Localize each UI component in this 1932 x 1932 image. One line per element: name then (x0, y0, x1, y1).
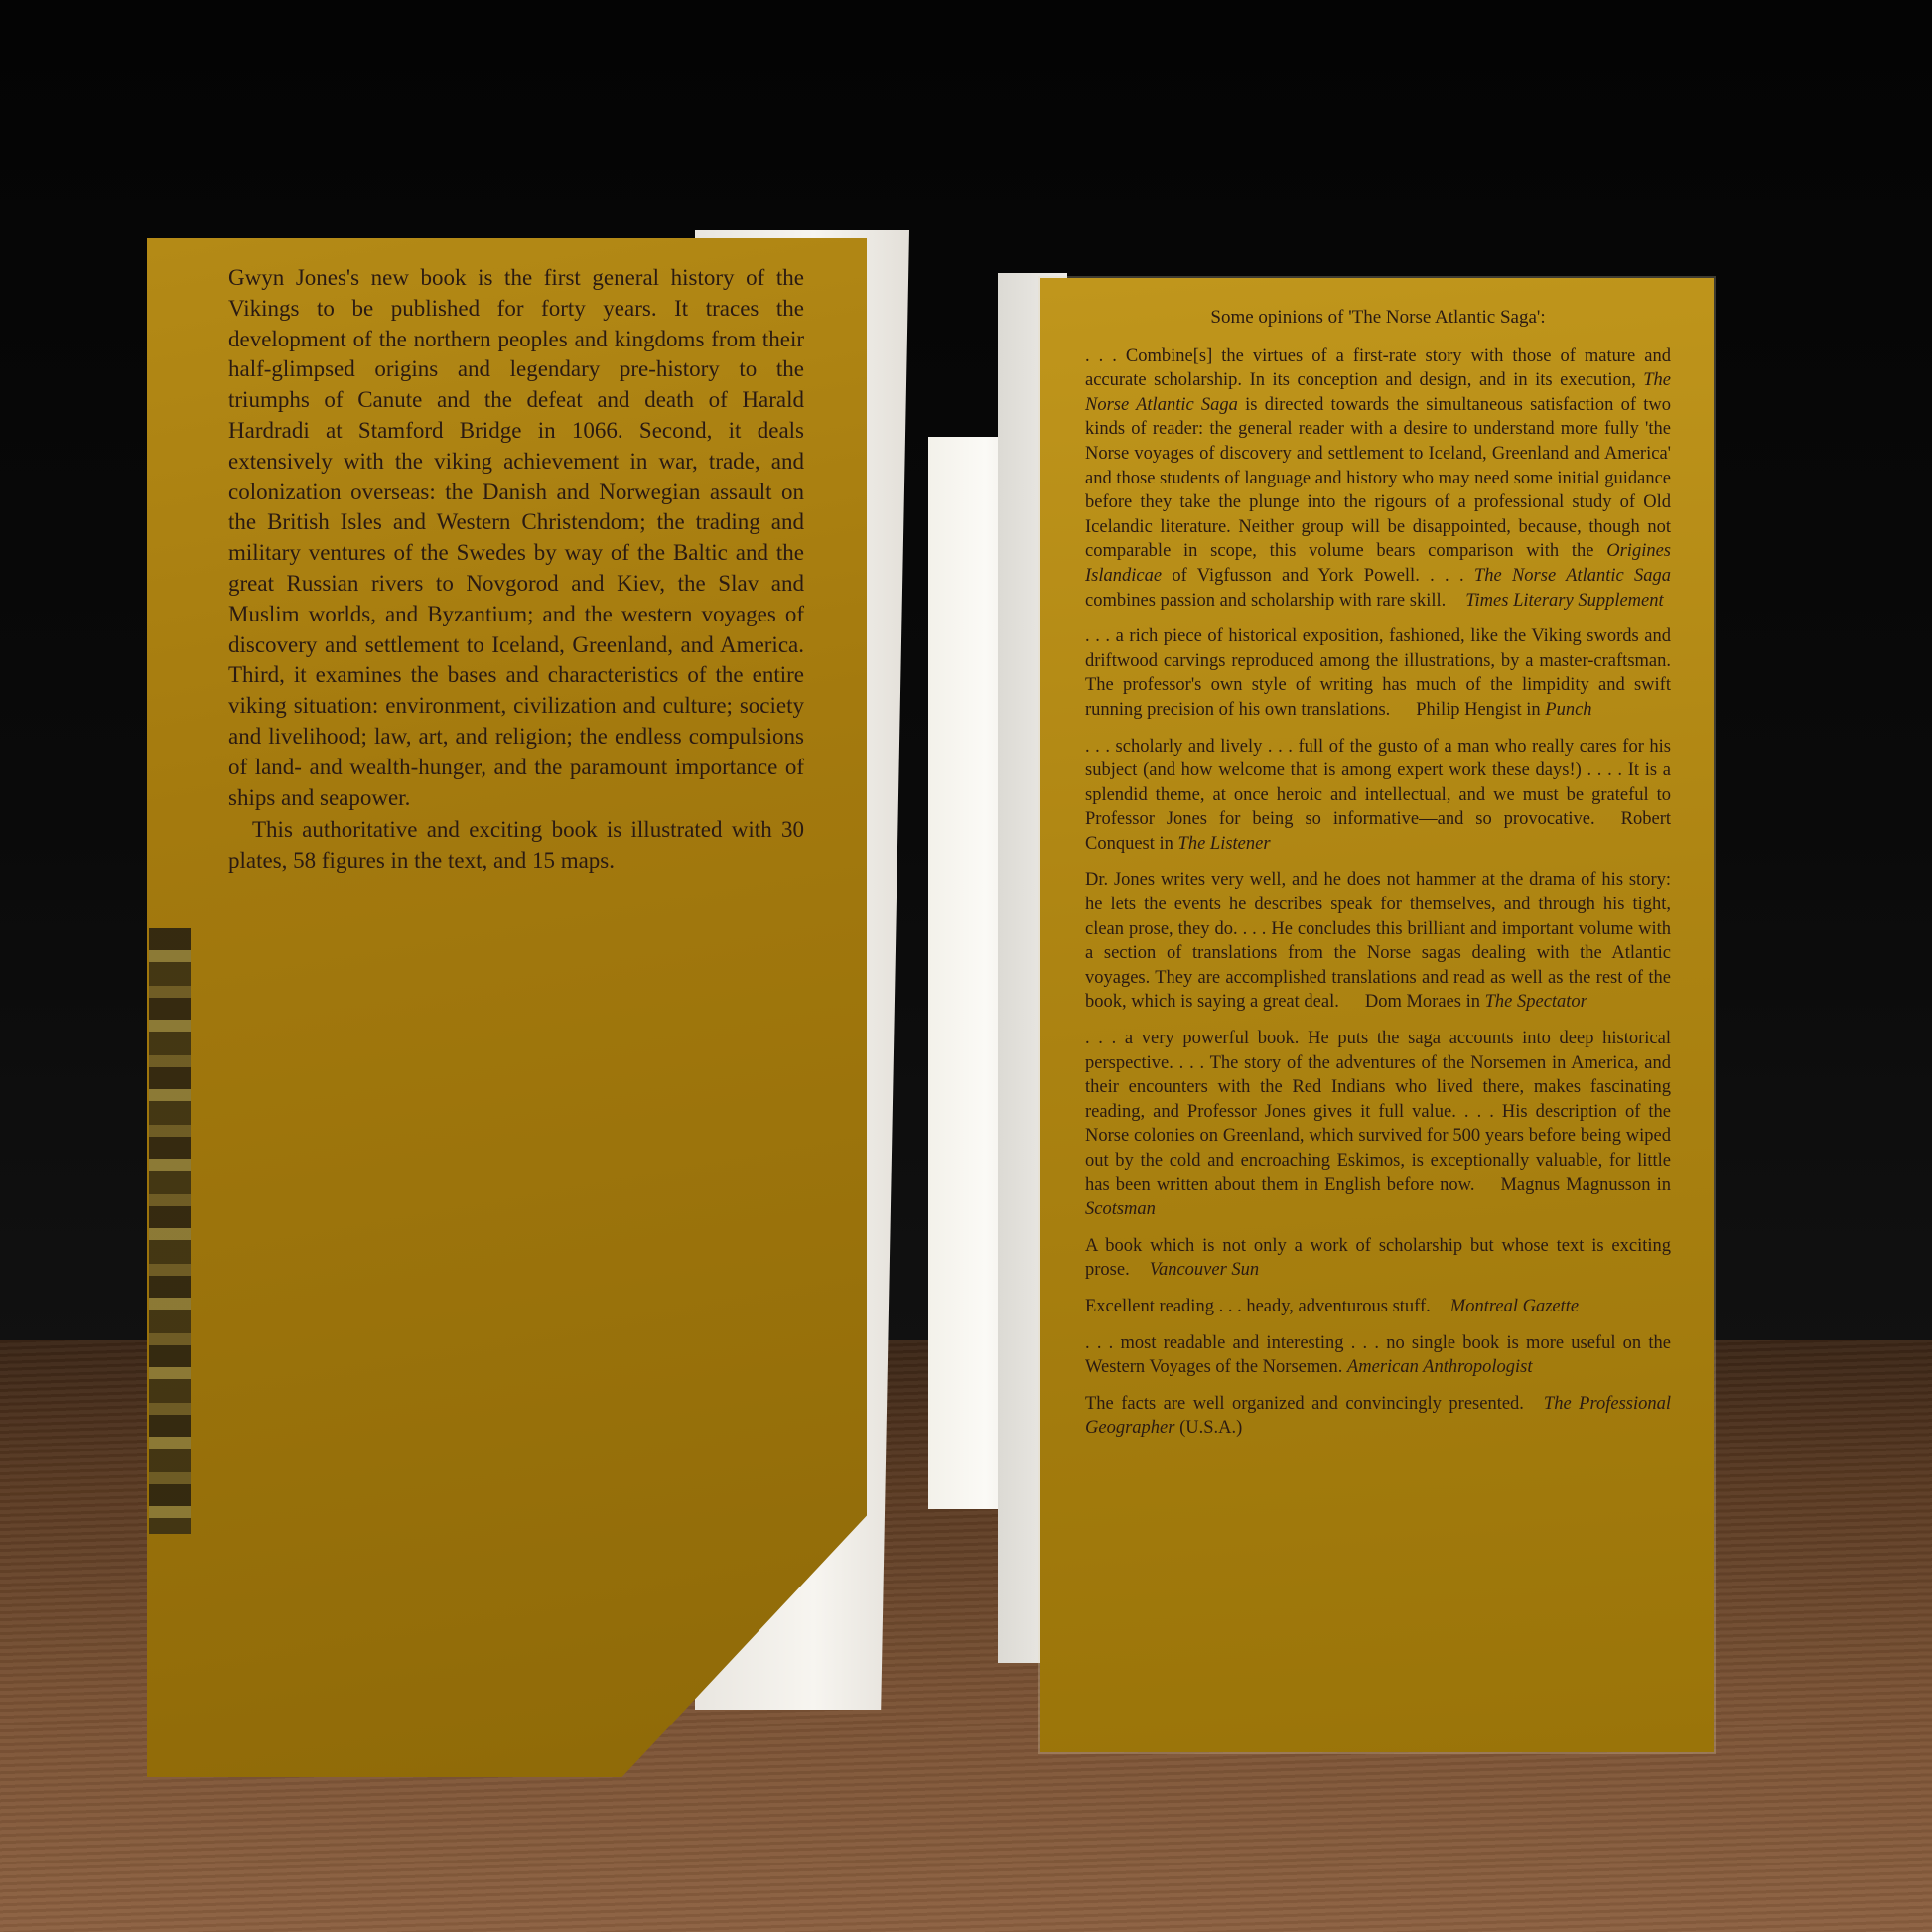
quote-author: Philip Hengist in (1416, 700, 1540, 720)
book-blurb: Gwyn Jones's new book is the first gener… (228, 263, 804, 877)
quote-text: . . . scholarly and lively . . . full of… (1085, 737, 1671, 830)
blurb-paragraph: Gwyn Jones's new book is the first gener… (228, 263, 804, 813)
right-jacket-flap: Some opinions of 'The Norse Atlantic Sag… (1040, 278, 1714, 1752)
quote-source: The Spectator (1485, 992, 1587, 1012)
quote-author: Magnus Magnusson in (1500, 1175, 1671, 1195)
quote-source: Times Literary Supplement (1465, 591, 1663, 611)
quote-source: Montreal Gazette (1450, 1297, 1579, 1316)
review-quote: . . . Combine[s] the virtues of a first-… (1085, 345, 1671, 614)
quote-source: American Anthropologist (1347, 1357, 1533, 1377)
quote-text: of Vigfusson and York Powell. . . . (1162, 566, 1474, 586)
quote-text: combines passion and scholarship with ra… (1085, 591, 1446, 611)
review-quote: . . . a very powerful book. He puts the … (1085, 1027, 1671, 1222)
quote-text: Dr. Jones writes very well, and he does … (1085, 870, 1671, 1012)
opinions-heading: Some opinions of 'The Norse Atlantic Sag… (1085, 306, 1671, 331)
review-quote: A book which is not only a work of schol… (1085, 1234, 1671, 1283)
review-quote: The facts are well organized and convinc… (1085, 1392, 1671, 1441)
quote-text: . . . a very powerful book. He puts the … (1085, 1029, 1671, 1195)
review-quote: Dr. Jones writes very well, and he does … (1085, 868, 1671, 1015)
left-jacket-flap: Gwyn Jones's new book is the first gener… (147, 238, 867, 1777)
quote-author: Dom Moraes in (1365, 992, 1480, 1012)
review-quote: . . . a rich piece of historical exposit… (1085, 624, 1671, 722)
review-quote: . . . most readable and interesting . . … (1085, 1331, 1671, 1380)
quote-source: Punch (1545, 700, 1591, 720)
quote-text: Excellent reading . . . heady, adventuro… (1085, 1297, 1431, 1316)
review-quote: . . . scholarly and lively . . . full of… (1085, 735, 1671, 857)
review-quote: Excellent reading . . . heady, adventuro… (1085, 1295, 1671, 1319)
quote-text: . . . Combine[s] the virtues of a first-… (1085, 346, 1671, 391)
quote-source-suffix: (U.S.A.) (1179, 1418, 1242, 1438)
book-title: The Norse Atlantic Saga (1474, 566, 1671, 586)
press-opinions: Some opinions of 'The Norse Atlantic Sag… (1085, 306, 1671, 1452)
blurb-paragraph: This authoritative and exciting book is … (228, 815, 804, 877)
quote-source: Vancouver Sun (1150, 1260, 1259, 1280)
quote-text: is directed towards the simultaneous sat… (1085, 395, 1671, 562)
quote-text: The facts are well organized and convinc… (1085, 1394, 1524, 1414)
quote-source: The Listener (1178, 834, 1271, 854)
spine-edge (149, 928, 191, 1534)
quote-source: Scotsman (1085, 1199, 1156, 1219)
